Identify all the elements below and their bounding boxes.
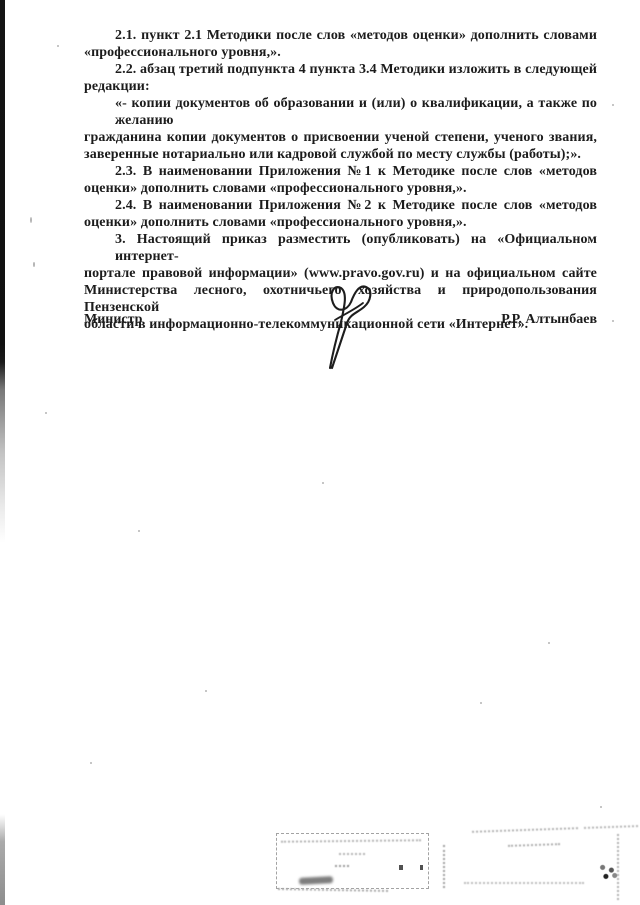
stamp-fragment: [443, 845, 445, 888]
stamp-text-trace: [472, 827, 578, 833]
document-line: 2.1. пункт 2.1 Методики после слов «мето…: [84, 27, 597, 44]
scan-edge-artifact: [0, 0, 5, 905]
document-line: 3. Настоящий приказ разместить (опублико…: [84, 231, 597, 265]
stamp-smudge: [299, 876, 333, 885]
signer-role-label: Министр: [84, 311, 142, 328]
stamp-left: [276, 833, 429, 889]
stamp-text-trace: [335, 865, 349, 867]
document-line: «профессионального уровня,».: [84, 44, 597, 61]
stamp-text-trace: [508, 843, 560, 847]
stamp-dot: [399, 865, 403, 870]
stamp-text-trace: [464, 882, 584, 884]
stamp-text-trace: [584, 825, 638, 829]
document-line: 2.4. В наименовании Приложения №2 к Мето…: [84, 197, 597, 214]
document-line: «- копии документов об образовании и (ил…: [84, 95, 597, 129]
stamp-dot: [420, 865, 423, 870]
document-line: заверенные нотариально или кадровой служ…: [84, 146, 597, 163]
document-line: редакции:: [84, 78, 597, 95]
document-line: 2.3. В наименовании Приложения №1 к Мето…: [84, 163, 597, 180]
signer-name-label: Р.Р. Алтынбаев: [501, 311, 597, 328]
stamp-text-trace: [339, 853, 365, 855]
document-line: 2.2. абзац третий подпункта 4 пункта 3.4…: [84, 61, 597, 78]
document-line: оценки» дополнить словами «профессиональ…: [84, 180, 597, 197]
stamp-ink-cluster: [596, 862, 618, 880]
signature-scribble: [306, 280, 380, 370]
scanned-document-page: 2.1. пункт 2.1 Методики после слов «мето…: [0, 0, 640, 905]
stamp-text-trace: [281, 839, 421, 842]
stamp-right: [458, 820, 640, 895]
document-line: оценки» дополнить словами «профессиональ…: [84, 214, 597, 231]
document-line: гражданина копии документов о присвоении…: [84, 129, 597, 146]
